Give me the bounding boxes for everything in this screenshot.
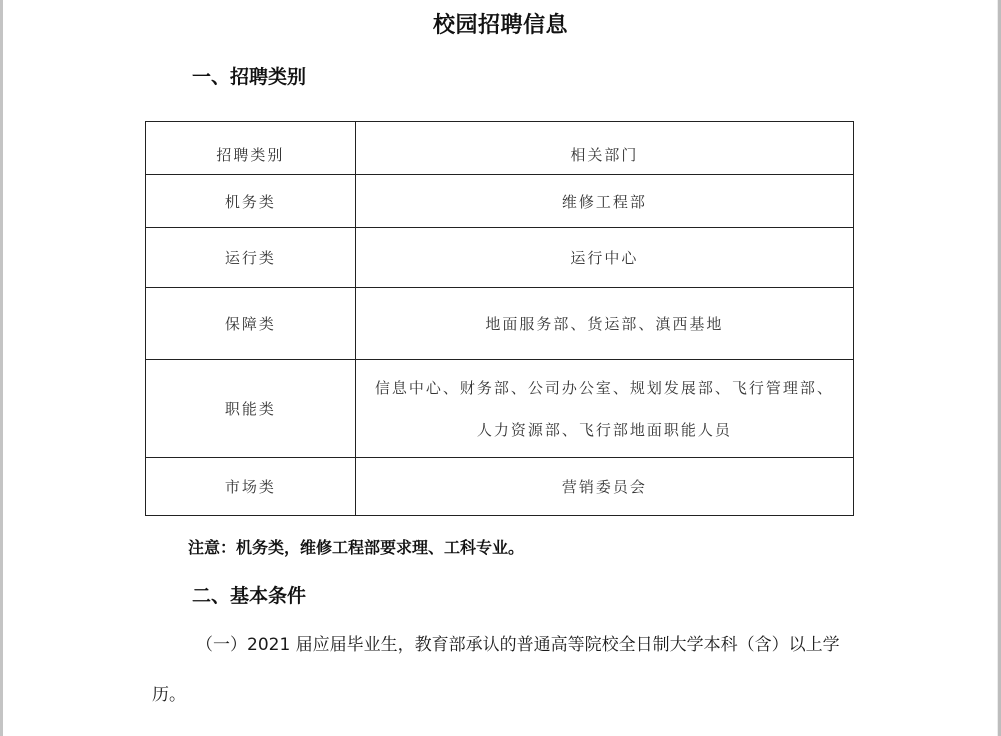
departments-line-1: 信息中心、财务部、公司办公室、规划发展部、飞行管理部、 (356, 367, 853, 409)
table-header-departments: 相关部门 (355, 122, 853, 175)
table-row: 运行类 运行中心 (146, 228, 854, 288)
table-cell-departments: 信息中心、财务部、公司办公室、规划发展部、飞行管理部、 人力资源部、飞行部地面职… (355, 360, 853, 458)
condition-paragraph-line-2: 历。 (152, 680, 186, 705)
table-cell-departments: 地面服务部、货运部、滇西基地 (355, 288, 853, 360)
table-row: 市场类 营销委员会 (146, 458, 854, 516)
table-row: 机务类 维修工程部 (146, 175, 854, 228)
document-title: 校园招聘信息 (0, 8, 1001, 39)
table-cell-departments: 维修工程部 (355, 175, 853, 228)
table-cell-category: 运行类 (146, 228, 356, 288)
table-row: 职能类 信息中心、财务部、公司办公室、规划发展部、飞行管理部、 人力资源部、飞行… (146, 360, 854, 458)
table-cell-departments: 运行中心 (355, 228, 853, 288)
condition-paragraph-line-1: （一）2021 届应届毕业生，教育部承认的普通高等院校全日制大学本科（含）以上学 (196, 630, 840, 655)
table-header-row: 招聘类别 相关部门 (146, 122, 854, 175)
table-cell-category: 保障类 (146, 288, 356, 360)
table-header-category: 招聘类别 (146, 122, 356, 175)
section-heading-recruitment-categories: 一、招聘类别 (192, 62, 306, 89)
page-edge-left (0, 0, 3, 736)
table-cell-category: 市场类 (146, 458, 356, 516)
table-row: 保障类 地面服务部、货运部、滇西基地 (146, 288, 854, 360)
table-cell-departments: 营销委员会 (355, 458, 853, 516)
section-heading-basic-conditions: 二、基本条件 (192, 581, 306, 608)
departments-line-2: 人力资源部、飞行部地面职能人员 (356, 409, 853, 451)
table-cell-category: 职能类 (146, 360, 356, 458)
note-text: 注意：机务类，维修工程部要求理、工科专业。 (188, 535, 524, 558)
recruitment-category-table: 招聘类别 相关部门 机务类 维修工程部 运行类 运行中心 保障类 地面服务部、货… (145, 121, 854, 516)
table-cell-category: 机务类 (146, 175, 356, 228)
